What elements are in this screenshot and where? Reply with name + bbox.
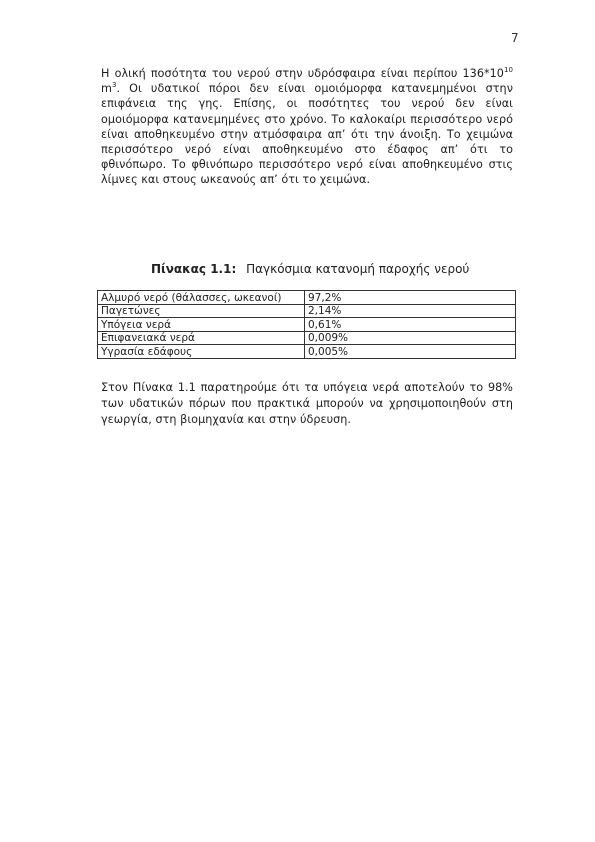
- paragraph-line: περισσότερο νερό είναι αποθηκευμένο στο …: [101, 142, 513, 157]
- table-cell-label: Επιφανειακά νερά: [98, 331, 305, 345]
- table-cell-value: 2,14%: [305, 304, 516, 318]
- table-cell-label: Παγετώνες: [98, 304, 305, 318]
- paragraph-line: των υδατικών πόρων που πρακτικά μπορούν …: [101, 396, 513, 412]
- table-row: Αλμυρό νερό (θάλασσες, ωκεανοί) 97,2%: [98, 291, 516, 305]
- table-cell-value: 0,009%: [305, 331, 516, 345]
- paragraph-groundwater: Στον Πίνακα 1.1 παρατηρούμε ότι τα υπόγε…: [101, 380, 513, 428]
- table-cell-label: Αλμυρό νερό (θάλασσες, ωκεανοί): [98, 291, 305, 305]
- paragraph-line: φθινόπωρο. Το φθινόπωρο περισσότερο νερό…: [101, 157, 513, 172]
- paragraph-line: m3. Οι υδατικοί πόροι δεν είναι ομοιόμορ…: [101, 81, 513, 96]
- paragraph-line: γεωργία, στη βιομηχανία και στην ύδρευση…: [101, 412, 513, 428]
- paragraph-line: επιφάνεια της γης. Επίσης, οι ποσότητες …: [101, 96, 513, 111]
- paragraph-line: είναι αποθηκευμένο στην ατμόσφαιρα απ’ ό…: [101, 127, 513, 142]
- paragraph-line: Η ολική ποσότητα του νερού στην υδρόσφαι…: [101, 66, 513, 81]
- page-number: 7: [511, 31, 519, 45]
- table-cell-value: 0,005%: [305, 345, 516, 359]
- paragraph-line: ομοιόμορφα κατανεμημένες στο χρόνο. Το κ…: [101, 112, 513, 127]
- table-cell-label: Υπόγεια νερά: [98, 318, 305, 332]
- table-caption: Πίνακας 1.1: Παγκόσμια κατανομή παροχής …: [151, 262, 469, 276]
- paragraph-line: Στον Πίνακα 1.1 παρατηρούμε ότι τα υπόγε…: [101, 380, 513, 396]
- paragraph-water-quantity: Η ολική ποσότητα του νερού στην υδρόσφαι…: [101, 66, 513, 188]
- table-caption-text: Παγκόσμια κατανομή παροχής νερού: [246, 262, 469, 276]
- table-cell-value: 97,2%: [305, 291, 516, 305]
- table-row: Υπόγεια νερά 0,61%: [98, 318, 516, 332]
- table-row: Παγετώνες 2,14%: [98, 304, 516, 318]
- paragraph-line: λίμνες και στους ωκεανούς απ’ ότι το χει…: [101, 172, 513, 187]
- table-caption-label: Πίνακας 1.1:: [151, 262, 236, 276]
- table-cell-value: 0,61%: [305, 318, 516, 332]
- table-row: Υγρασία εδάφους 0,005%: [98, 345, 516, 359]
- table-cell-label: Υγρασία εδάφους: [98, 345, 305, 359]
- table-row: Επιφανειακά νερά 0,009%: [98, 331, 516, 345]
- water-distribution-table: Αλμυρό νερό (θάλασσες, ωκεανοί) 97,2% Πα…: [97, 290, 516, 359]
